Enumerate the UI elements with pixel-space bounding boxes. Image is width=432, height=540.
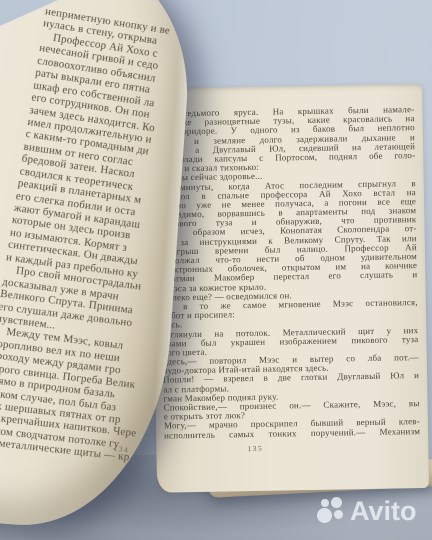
page-text-right: ты седьмого яруса. На крышках были намал… (158, 105, 420, 440)
book-listing-photo: ты седьмого яруса. На крышках были намал… (0, 0, 432, 540)
page-number-right: 135 (240, 444, 270, 454)
avito-watermark-label: Avito (350, 497, 417, 526)
book-page-right: ты седьмого яруса. На крышках были намал… (150, 84, 429, 493)
avito-watermark: Avito (317, 497, 417, 526)
avito-logo-icon (317, 497, 346, 526)
